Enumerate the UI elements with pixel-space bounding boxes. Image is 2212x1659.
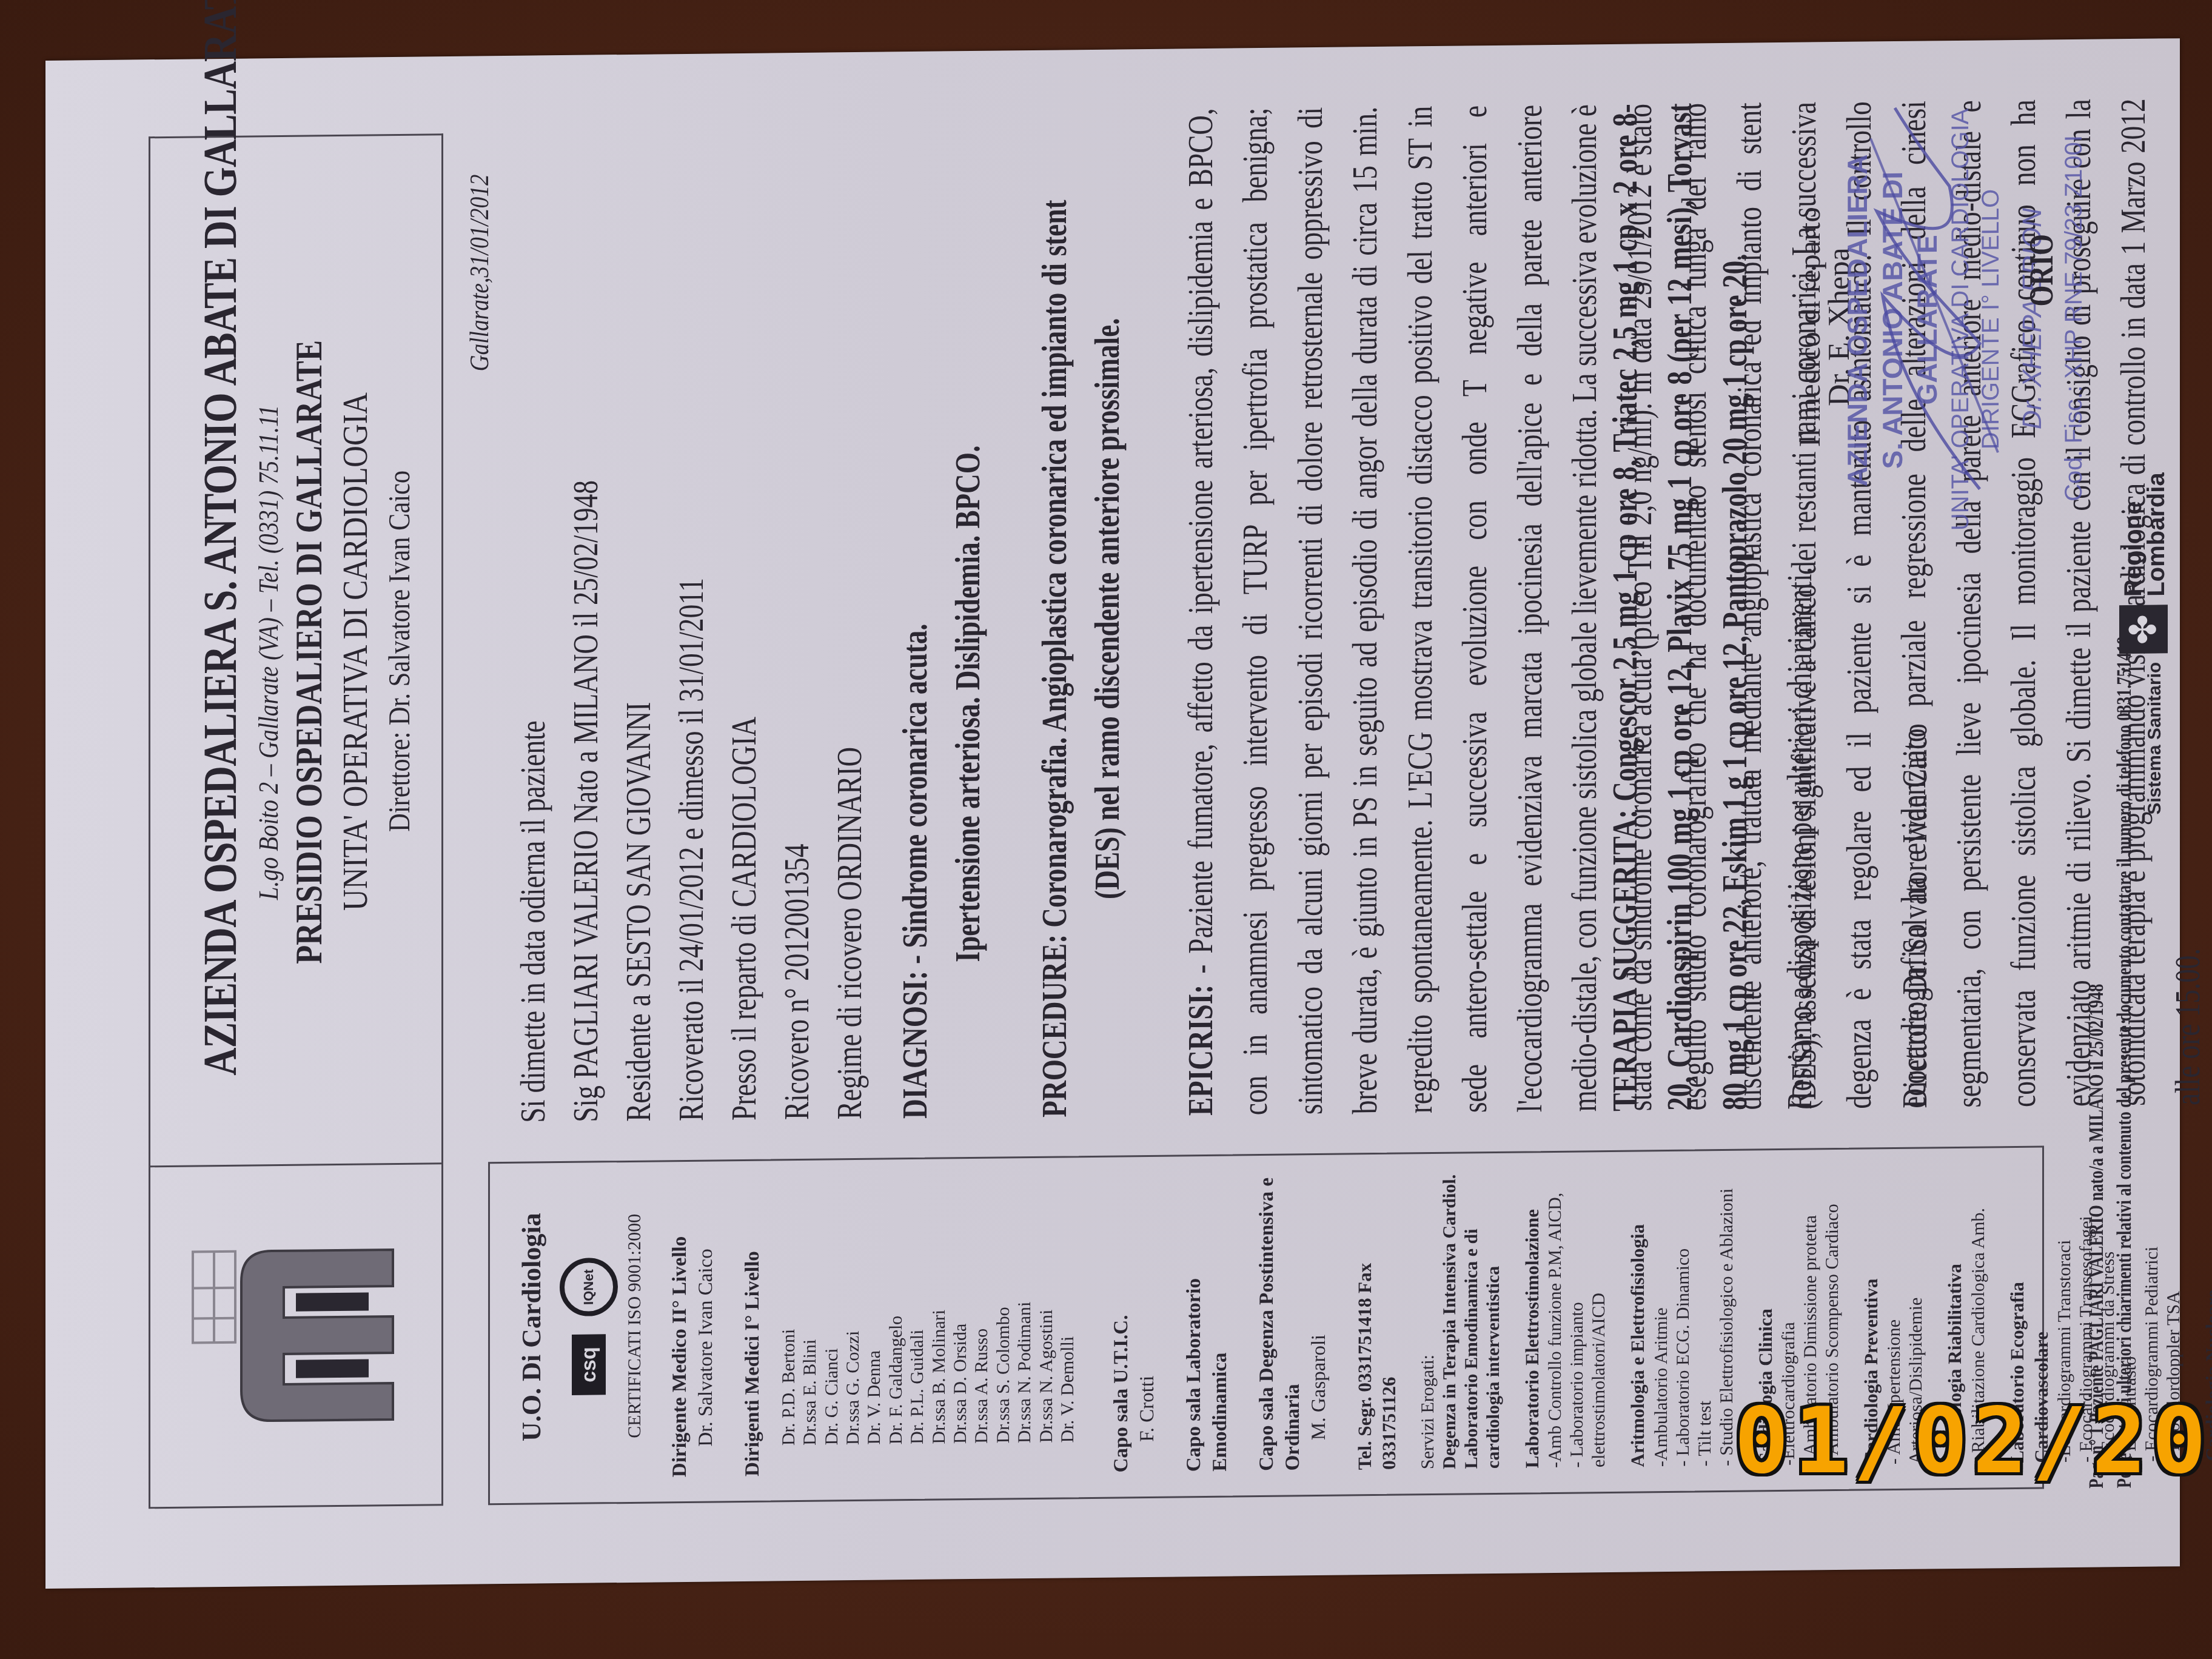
physician-name: Dr. G. Cianci (821, 1172, 842, 1475)
physician-name: Dr.ssa G. Cozzi (842, 1172, 863, 1475)
service-degenza: Degenza in Terapia Intensiva Cardiol. (1439, 1166, 1461, 1469)
place-date: Gallarate,31/01/2012 (464, 174, 495, 372)
regione-rose-icon: ✤ (2119, 605, 2168, 654)
diagnosis-section: DIAGNOSI: - Sindrome coronarica acuta. I… (888, 112, 994, 1119)
admission-dates-line: Ricoverato il 24/01/2012 e dimesso il 31… (665, 113, 717, 1121)
stamp-line-5: Dr. XHEPA ERION (2016, 88, 2049, 549)
hospital-address: L.go Boito 2 – Gallarate (VA) – Tel. (03… (252, 214, 284, 1091)
therapy-label: TERAPIA SUGGERITA: (1605, 809, 1644, 1111)
unit-name: UNITA' OPERATIVA DI CARDIOLOGIA (335, 213, 375, 1090)
unit-director: Direttore: Dr. Salvatore Ivan Caico (381, 213, 417, 1090)
procedure-line1: Coronarografia. Angioplastica coronarica… (1034, 199, 1074, 934)
hospital-name: AZIENDA OSPEDALIERA S. ANTONIO ABATE DI … (193, 230, 247, 1076)
admission-regime-line: Regime di ricovero ORDINARIO (823, 112, 876, 1119)
discharge-letter-page: AZIENDA OSPEDALIERA S. ANTONIO ABATE DI … (45, 38, 2180, 1589)
service-section-heading: Laboratorio Elettrostimolazione (1520, 1165, 1544, 1468)
service-item: -Ambulatorio Aritmie (1651, 1164, 1672, 1467)
physician-name: Dr. P.L. Guidali (907, 1171, 928, 1475)
physician-name: Dr.ssa B. Molinari (928, 1171, 950, 1474)
presidio-name: PRESIDIO OSPEDALIERO DI GALLARATE (288, 229, 331, 1075)
admission-number-line: Ricovero n° 2012001354 (770, 112, 823, 1120)
diagnosis-secondary: Ipertensione arteriosa. Dislipidemia. BP… (941, 110, 994, 1118)
degenza-heading: Capo sala Degenza Postintensiva e Ordina… (1254, 1167, 1306, 1471)
csq-certification-icon: csq (572, 1334, 606, 1395)
head-physician: Dr. Salvatore Ivan Caico (693, 1173, 719, 1476)
sidebar-title: U.O. Di Cardiologia (514, 1175, 549, 1479)
physician-name: Dr.ssa D. Orsida (950, 1171, 971, 1474)
epicrisis-label: EPICRISI: (1181, 985, 1220, 1116)
camera-date-stamp: 01/02/2012 (1734, 1389, 2212, 1494)
physician-name: Dr.ssa N. Podimani (1014, 1170, 1035, 1473)
hospital-logo-icon (187, 1238, 405, 1434)
department-phone: Tel. Segr. 0331751418 Fax 0331751126 (1353, 1167, 1402, 1470)
regione-tagline: Sistema Sanitario (2145, 662, 2165, 815)
partial-word: ORIO (2022, 234, 2061, 307)
degenza-name: M. Gasparoli (1306, 1167, 1332, 1470)
utic-name: F. Crotti (1134, 1169, 1161, 1472)
footer-patient-line: Pag. n° 1 Paziente PAGLIARI VALERIO nato… (2083, 447, 2111, 1488)
service-item: - Laboratorio impianto elettrostimolator… (1566, 1164, 1610, 1468)
therapy-section: TERAPIA SUGGERITA: Congescor 2,5 mg 1 cp… (1598, 103, 1762, 1111)
emodinamica-heading: Capo sala Laboratorio Emodinamica (1181, 1168, 1233, 1472)
procedure-section: PROCEDURE: Coronarografia. Angioplastica… (1028, 110, 1133, 1118)
physician-name: Dr. V. Demolli (1057, 1170, 1078, 1473)
utic-heading: Capo sala U.T.I.C. (1108, 1169, 1134, 1472)
residence-line: Residente a SESTO SAN GIOVANNI (612, 114, 665, 1122)
physician-name: Dr.ssa S. Colombo (993, 1170, 1014, 1473)
regione-lombardia-logo: Sistema Sanitario ✤ Regione Lombardia (2119, 472, 2168, 815)
physicians-heading: Dirigenti Medici I° Livello (740, 1173, 766, 1476)
patient-info: Si dimette in data odierna il paziente S… (506, 113, 876, 1123)
diagnosis-primary: - Sindrome coronarica acuta. (895, 623, 934, 971)
services-label: Servizi Erogati: (1417, 1166, 1439, 1469)
physician-name: Dr.ssa N. Agostini (1036, 1170, 1057, 1473)
handwritten-signature-icon (1858, 101, 2016, 527)
patient-name-line: Sig PAGLIARI VALERIO Nato a MILANO il 25… (559, 115, 612, 1122)
physician-list: Dr. P.D. BertoniDr.ssa E. BliniDr. G. Ci… (778, 1170, 1078, 1476)
hospital-logo-box (149, 1162, 443, 1509)
discharge-line: Si dimette in data odierna il paziente (506, 115, 559, 1123)
service-item: - Tilt test (1694, 1163, 1716, 1466)
ward-line: Presso il reparto di CARDIOLOGIA (717, 113, 770, 1121)
service-section-heading: Aritmologia e Elettrofisiologia (1626, 1164, 1650, 1467)
regione-name-1: Regione (2122, 472, 2145, 597)
iso-certification: CERTIFICATI ISO 9001:2000 (623, 1175, 646, 1478)
service-emodinamica: Laboratorio Emodinamica e di cardiologia… (1461, 1165, 1504, 1469)
regione-name-2: Lombardia (2145, 472, 2168, 597)
diagnosis-label: DIAGNOSI: (895, 971, 934, 1119)
physician-name: Dr.ssa A. Russo (971, 1171, 992, 1474)
physician-name: Dr. P.D. Bertoni (778, 1173, 799, 1476)
procedure-label: PROCEDURE: (1034, 934, 1074, 1118)
iqnet-certification-icon: IQNet (560, 1258, 618, 1316)
physician-name: Dr. V. Denna (863, 1171, 885, 1475)
procedure-line2: (DES) nel ramo discendente anteriore pro… (1081, 109, 1133, 1117)
service-item: -Amb Controllo funzione P.M, AICD, (1544, 1165, 1566, 1468)
physician-name: Dr.ssa E. Blini (799, 1173, 820, 1476)
letterhead: AZIENDA OSPEDALIERA S. ANTONIO ABATE DI … (149, 133, 443, 1169)
service-item: - Laboratorio ECG. Dinamico (1672, 1164, 1694, 1467)
head-physician-heading: Dirigente Medico II° Livello (667, 1174, 693, 1477)
physician-name: Dr. F. Galdangelo (885, 1171, 907, 1475)
